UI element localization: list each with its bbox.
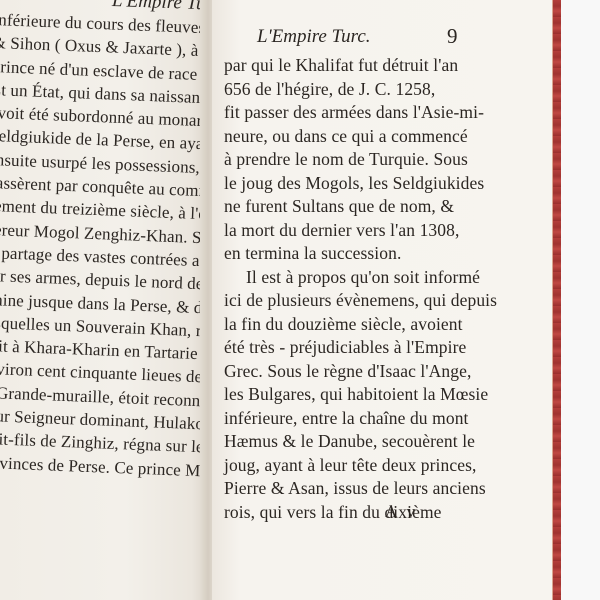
- text-line: la mort du dernier vers l'an 1308,: [224, 219, 497, 243]
- right-page: L'Empire Turc. 9 par qui le Khalifat fut…: [212, 0, 559, 600]
- text-line: les Bulgares, qui habitoient la Mœsie: [224, 383, 497, 407]
- backdrop: [561, 0, 600, 600]
- text-line: le joug des Mogols, les Seldgiukides: [224, 172, 497, 196]
- text-line: inférieure, entre la chaîne du mont: [224, 407, 497, 431]
- text-line: été très - préjudiciables à l'Empire: [224, 336, 497, 360]
- text-line: rois, qui vers la fin du dixième: [224, 501, 497, 525]
- text-line: Hæmus & le Danube, secouèrent le: [224, 430, 497, 454]
- text-line: Il est à propos qu'on soit informé: [224, 266, 497, 290]
- text-line: à prendre le nom de Turquie. Sous: [224, 148, 497, 172]
- text-line: 656 de l'hégire, de J. C. 1258,: [224, 78, 497, 102]
- text-line: en termina la succession.: [224, 242, 497, 266]
- left-page-text: inférieure du cours des fleuves Gihon & …: [0, 8, 208, 484]
- text-line: fit passer des armées dans l'Asie-mi-: [224, 101, 497, 125]
- text-line: la fin du douzième siècle, avoient: [224, 313, 497, 337]
- page-number: 9: [447, 24, 458, 49]
- right-page-text: par qui le Khalifat fut détruit l'an 656…: [224, 54, 497, 524]
- red-cover-edge: [552, 0, 561, 600]
- open-book-photo: L'Empire Turc. inférieure du cours des f…: [0, 0, 600, 600]
- text-line: ici de plusieurs évènemens, qui depuis: [224, 289, 497, 313]
- text-line: neure, ou dans ce qui a commencé: [224, 125, 497, 149]
- text-line: Pierre & Asan, issus de leurs anciens: [224, 477, 497, 501]
- signature-mark: A v: [385, 502, 418, 522]
- text-line: par qui le Khalifat fut détruit l'an: [224, 54, 497, 78]
- left-page: L'Empire Turc. inférieure du cours des f…: [0, 0, 208, 600]
- text-line: joug, ayant à leur tête deux princes,: [224, 454, 497, 478]
- right-running-head: L'Empire Turc.: [257, 26, 371, 48]
- text-line: Grec. Sous le règne d'Isaac l'Ange,: [224, 360, 497, 384]
- text-line: ne furent Sultans que de nom, &: [224, 195, 497, 219]
